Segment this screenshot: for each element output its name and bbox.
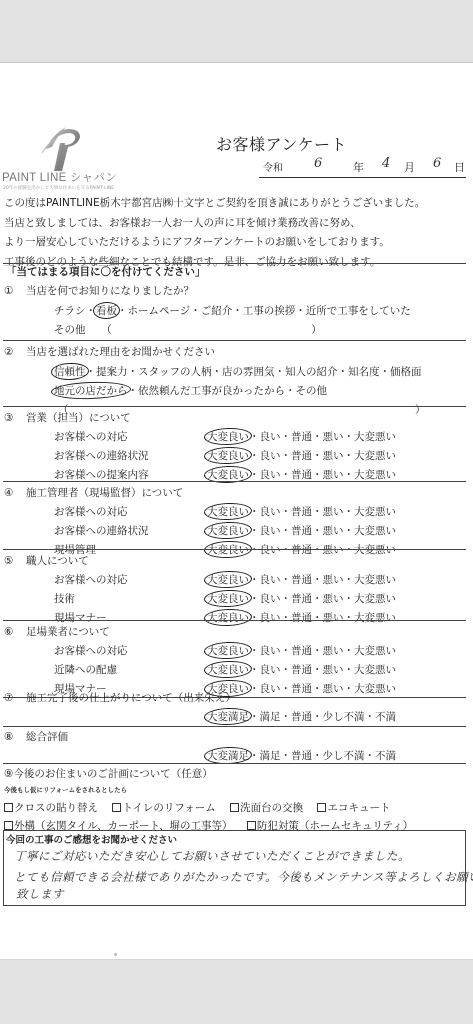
question-2: ②当店を選ばれた理由をお聞かせください	[4, 344, 215, 359]
row-label: お客様への対応	[54, 504, 128, 519]
divider	[3, 726, 466, 727]
row-label: お客様への対応	[54, 572, 128, 587]
question-number: ③	[4, 412, 26, 424]
comments-title: 今回の工事のご感想をお聞かせください	[6, 832, 177, 846]
rating-text: ・良い・普通・悪い・大変悪い	[249, 664, 396, 676]
instruction-heading: 「当てはまる項目に〇を付けてください」	[6, 264, 206, 279]
selected-option[interactable]: 信頼性	[54, 364, 86, 379]
rating-text: ・良い・普通・悪い・大変悪い	[249, 645, 396, 657]
checkbox-icon[interactable]	[4, 821, 13, 830]
scan-speck	[114, 953, 117, 956]
row-label: お客様への提案内容	[54, 467, 149, 482]
row-label: 近隣への配慮	[54, 662, 117, 677]
rating-text: ・良い・普通・悪い・大変悪い	[249, 544, 396, 556]
checkbox-option[interactable]: エコキュート	[317, 802, 390, 814]
option-text: ・依然頼んだ工事が良かったから・その他	[128, 385, 328, 397]
selected-rating[interactable]: 大変良い	[207, 591, 249, 606]
divider	[3, 549, 466, 550]
intro-line: より一層安心していただけるようにアフターアンケートのお願いをしております。	[4, 233, 425, 253]
question-text: 職人について	[26, 555, 89, 567]
checkbox-icon[interactable]	[230, 803, 239, 812]
comment-line: 致します	[16, 886, 64, 902]
intro-line: この度はPAINTLINE栃木宇都宮店㈱十文字とご契約を頂き誠にありがとうござい…	[4, 194, 425, 214]
selected-rating[interactable]: 大変良い	[207, 572, 249, 587]
q2-options-1: 信頼性・提案力・スタッフの人柄・店の雰囲気・知人の紹介・知名度・価格面	[54, 364, 422, 379]
selected-rating[interactable]: 大変良い	[207, 504, 249, 519]
option-text: ・提案力・スタッフの人柄・店の雰囲気・知人の紹介・知名度・価格面	[86, 366, 422, 378]
date-month-value: 4	[382, 156, 390, 171]
row-label: お客様への対応	[54, 429, 128, 444]
date-year-unit: 年	[353, 159, 364, 175]
satisfaction-options: 大変満足・満足・普通・少し不満・不満	[207, 709, 396, 724]
date-day-value: 6	[433, 156, 441, 171]
selected-rating[interactable]: 大変良い	[207, 643, 249, 658]
comments-box[interactable]: 今回の工事のご感想をお聞かせください 丁寧にご対応いただき安心してお願いさせてい…	[3, 830, 466, 906]
rating-text: ・良い・普通・悪い・大変悪い	[249, 574, 396, 586]
question-text: 当店を何でお知りになりましたか？	[26, 285, 194, 297]
checkbox-option[interactable]: クロスの貼り替え	[4, 802, 98, 814]
rating-options: 大変良い・良い・普通・悪い・大変悪い	[207, 662, 396, 677]
checkbox-label: トイレのリフォーム	[122, 802, 215, 814]
selected-rating[interactable]: 大変良い	[207, 448, 249, 463]
date-era: 令和	[263, 159, 283, 174]
question-6: ⑥足場業者について	[4, 624, 110, 639]
rating-text: ・良い・普通・悪い・大変悪い	[249, 683, 396, 695]
page-title: お客様アンケート	[216, 132, 347, 155]
rating-options: 大変良い・良い・普通・悪い・大変悪い	[207, 572, 396, 587]
checkbox-icon[interactable]	[247, 821, 256, 830]
rating-options: 大変良い・良い・普通・悪い・大変悪い	[207, 467, 396, 482]
question-number: ①	[4, 285, 26, 297]
question-text: 営業（担当）について	[26, 412, 131, 424]
viewer-top-margin	[0, 0, 473, 63]
selected-rating[interactable]: 大変良い	[207, 467, 249, 482]
date-year-value: 6	[314, 156, 322, 171]
divider	[3, 481, 466, 482]
row-label: 技術	[54, 591, 75, 606]
selected-satisfaction[interactable]: 大変満足	[207, 709, 249, 724]
satisfaction-options: 大変満足・満足・普通・少し不満・不満	[207, 748, 396, 763]
question-text: 総合評価	[26, 731, 68, 743]
selected-rating[interactable]: 大変良い	[207, 610, 249, 625]
question-7: ⑦施工完了後の仕上がりについて（出来栄え）	[4, 690, 236, 705]
date-month-unit: 月	[404, 159, 415, 175]
company-logo: PAINT LINE シャパン 20年の経験を活かして大事な住まいを守るPAIN…	[2, 125, 132, 195]
rating-text: ・良い・普通・悪い・大変悪い	[249, 450, 396, 462]
question-number: ⑧	[4, 731, 26, 743]
selected-rating[interactable]: 大変良い	[207, 662, 249, 677]
question-text: 施工管理者（現場監督）について	[26, 487, 183, 499]
question-number: ⑥	[4, 626, 26, 638]
comment-line: 丁寧にご対応いただき安心してお願いさせていただくことができました。	[14, 848, 410, 864]
selected-rating[interactable]: 大変良い	[207, 429, 249, 444]
row-label: お客様への連絡状況	[54, 448, 149, 463]
rating-options: 大変良い・良い・普通・悪い・大変悪い	[207, 504, 396, 519]
q1-options: チラシ・看板・ホームページ・ご紹介・工事の挨拶・近所で工事をしていた	[54, 303, 411, 318]
question-9: ⑨今後のお住まいのご計画について（任意）	[4, 766, 213, 781]
q2-options-2: 地元の店だから・依然頼んだ工事が良かったから・その他	[54, 383, 327, 398]
rating-options: 大変良い・良い・普通・悪い・大変悪い	[207, 429, 396, 444]
q1-other: その他 （ ）	[54, 322, 322, 337]
question-1: ①当店を何でお知りになりましたか？	[4, 283, 194, 298]
row-label: 現場マナー	[54, 610, 107, 625]
question-text: 当店を選ばれた理由をお聞かせください	[26, 346, 215, 358]
row-label: お客様への連絡状況	[54, 523, 149, 538]
checkbox-icon[interactable]	[317, 803, 326, 812]
survey-page: PAINT LINE シャパン 20年の経験を活かして大事な住まいを守るPAIN…	[0, 63, 473, 959]
question-number: ④	[4, 487, 26, 499]
satisfaction-text: ・満足・普通・少し不満・不満	[249, 750, 396, 762]
selected-rating[interactable]: 大変良い	[207, 523, 249, 538]
q9-checkbox-row-1: クロスの貼り替え トイレのリフォーム 洗面台の交換 エコキュート	[4, 800, 401, 815]
question-3: ③営業（担当）について	[4, 410, 131, 425]
viewer-bottom-margin	[0, 959, 473, 1024]
rating-text: ・良い・普通・悪い・大変悪い	[249, 525, 396, 537]
checkbox-label: 洗面台の交換	[240, 802, 303, 814]
checkbox-label: エコキュート	[327, 802, 390, 814]
rating-options: 大変良い・良い・普通・悪い・大変悪い	[207, 448, 396, 463]
rating-options: 大変良い・良い・普通・悪い・大変悪い	[207, 643, 396, 658]
date-day-unit: 日	[454, 159, 465, 175]
divider	[3, 406, 466, 407]
satisfaction-text: ・満足・普通・少し不満・不満	[249, 711, 396, 723]
rating-text: ・良い・普通・悪い・大変悪い	[249, 469, 396, 481]
rating-text: ・良い・普通・悪い・大変悪い	[249, 431, 396, 443]
question-number: ⑦	[4, 692, 26, 704]
q9-note: 今後もし仮にリフォームをされるとしたら	[4, 785, 127, 794]
question-5: ⑤職人について	[4, 553, 89, 568]
divider	[3, 620, 466, 621]
date-field: 令和 6 年 4 月 6 日	[259, 156, 466, 178]
question-number: ⑤	[4, 555, 26, 567]
checkbox-option[interactable]: トイレのリフォーム	[112, 802, 215, 814]
checkbox-icon[interactable]	[112, 803, 121, 812]
rating-options: 大変良い・良い・普通・悪い・大変悪い	[207, 610, 396, 625]
intro-line: 当店と致しましては、お客様お一人お一人の声に耳を傾け業務改善に努め、	[4, 214, 425, 234]
checkbox-label: クロスの貼り替え	[14, 802, 98, 814]
divider	[3, 763, 466, 764]
rating-text: ・良い・普通・悪い・大変悪い	[249, 506, 396, 518]
option-text: チラシ・	[54, 305, 96, 317]
rating-text: ・良い・普通・悪い・大変悪い	[249, 593, 396, 605]
question-text: 施工完了後の仕上がりについて（出来栄え）	[26, 692, 236, 704]
intro-text: この度はPAINTLINE栃木宇都宮店㈱十文字とご契約を頂き誠にありがとうござい…	[4, 194, 425, 272]
comment-line: とても信頼できる会社様でありがたかったです。今後もメンテナンス等よろしくお願い	[14, 869, 473, 885]
selected-option[interactable]: 看板	[96, 303, 117, 318]
rating-options: 大変良い・良い・普通・悪い・大変悪い	[207, 591, 396, 606]
question-text: 足場業者について	[26, 626, 110, 638]
question-8: ⑧総合評価	[4, 729, 68, 744]
option-text: ・ホームページ・ご紹介・工事の挨拶・近所で工事をしていた	[117, 305, 411, 317]
rating-text: ・良い・普通・悪い・大変悪い	[249, 612, 396, 624]
checkbox-option[interactable]: 洗面台の交換	[230, 802, 303, 814]
logo-text: PAINT LINE シャパン	[2, 169, 117, 185]
checkbox-icon[interactable]	[4, 803, 13, 812]
divider	[3, 340, 466, 341]
logo-tagline: 20年の経験を活かして大事な住まいを守るPAINT LINE	[3, 185, 114, 191]
rating-options: 大変良い・良い・普通・悪い・大変悪い	[207, 523, 396, 538]
selected-satisfaction[interactable]: 大変満足	[207, 748, 249, 763]
question-number: ②	[4, 346, 26, 358]
logo-mark-icon	[38, 125, 88, 171]
selected-option[interactable]: 地元の店だから	[54, 383, 128, 398]
row-label: お客様への対応	[54, 643, 128, 658]
question-4: ④施工管理者（現場監督）について	[4, 485, 183, 500]
